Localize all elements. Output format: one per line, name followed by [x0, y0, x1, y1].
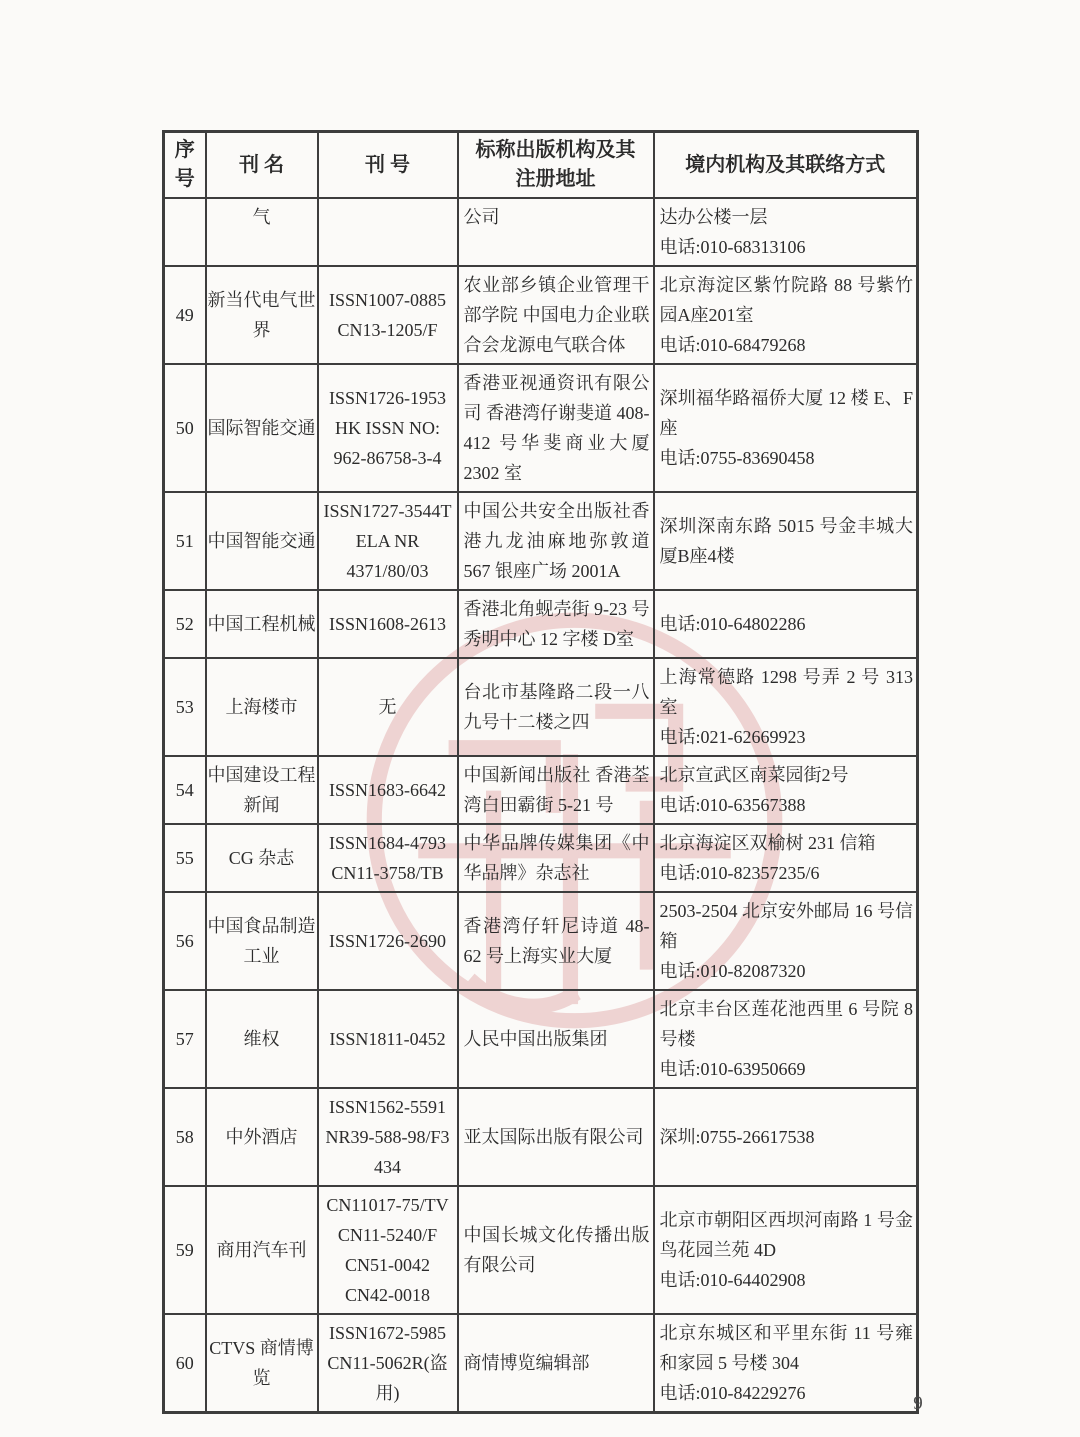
cell-serial-number: 50 — [164, 364, 206, 492]
page-number: 9 — [898, 1393, 938, 1415]
cell-issue-number: ISSN1726-1953 HK ISSN NO: 962-86758-3-4 — [318, 364, 458, 492]
cell-domestic-contact: 电话:010-64802286 — [654, 590, 918, 658]
cell-publication-name: 中外酒店 — [206, 1088, 318, 1186]
cell-domestic-contact: 北京丰台区莲花池西里 6 号院 8 号楼 电话:010-63950669 — [654, 990, 918, 1088]
cell-publication-name: 中国食品制造工业 — [206, 892, 318, 990]
cell-publication-name: 中国工程机械 — [206, 590, 318, 658]
table-row: 55 CG 杂志 ISSN1684-4793 CN11-3758/TB 中华品牌… — [164, 824, 918, 892]
cell-issue-number: ISSN1007-0885 CN13-1205/F — [318, 266, 458, 364]
cell-publisher-address: 中国公共安全出版社香港九龙油麻地弥敦道 567 银座广场 2001A — [458, 492, 654, 590]
cell-publication-name: 新当代电气世界 — [206, 266, 318, 364]
cell-issue-number — [318, 198, 458, 266]
cell-issue-number: CN11017-75/TV CN11-5240/F CN51-0042 CN42… — [318, 1186, 458, 1314]
table-row: 59 商用汽车刊 CN11017-75/TV CN11-5240/F CN51-… — [164, 1186, 918, 1314]
cell-publisher-address: 中国新闻出版社 香港荃湾白田霸街 5-21 号 — [458, 756, 654, 824]
table-row: 53 上海楼市 无 台北市基隆路二段一八九号十二楼之四 上海常德路 1298 号… — [164, 658, 918, 756]
cell-publisher-address: 亚太国际出版有限公司 — [458, 1088, 654, 1186]
cell-serial-number: 54 — [164, 756, 206, 824]
cell-serial-number: 57 — [164, 990, 206, 1088]
header-row: 序号 刊 名 刊 号 标称出版机构及其 注册地址 境内机构及其联络方式 — [164, 132, 918, 199]
cell-issue-number: ISSN1672-5985 CN11-5062R(盗用) — [318, 1314, 458, 1413]
cell-domestic-contact: 深圳:0755-26617538 — [654, 1088, 918, 1186]
cell-domestic-contact: 达办公楼一层 电话:010-68313106 — [654, 198, 918, 266]
cell-serial-number: 60 — [164, 1314, 206, 1413]
cell-domestic-contact: 深圳福华路福侨大厦 12 楼 E、F座 电话:0755-83690458 — [654, 364, 918, 492]
cell-serial-number: 55 — [164, 824, 206, 892]
table-header: 序号 刊 名 刊 号 标称出版机构及其 注册地址 境内机构及其联络方式 — [164, 132, 918, 199]
cell-domestic-contact: 北京海淀区双榆树 231 信箱 电话:010-82357235/6 — [654, 824, 918, 892]
cell-issue-number: ISSN1683-6642 — [318, 756, 458, 824]
cell-issue-number: ISSN1811-0452 — [318, 990, 458, 1088]
table-row: 54 中国建设工程新闻 ISSN1683-6642 中国新闻出版社 香港荃湾白田… — [164, 756, 918, 824]
cell-publisher-address: 香港北角蚬壳街 9-23 号秀明中心 12 字楼 D室 — [458, 590, 654, 658]
table-row: 57 维权 ISSN1811-0452 人民中国出版集团 北京丰台区莲花池西里 … — [164, 990, 918, 1088]
cell-publisher-address: 台北市基隆路二段一八九号十二楼之四 — [458, 658, 654, 756]
cell-serial-number: 52 — [164, 590, 206, 658]
cell-issue-number: ISSN1608-2613 — [318, 590, 458, 658]
cell-issue-number: ISSN1562-5591 NR39-588-98/F3 434 — [318, 1088, 458, 1186]
cell-publisher-address: 农业部乡镇企业管理干部学院 中国电力企业联合会龙源电气联合体 — [458, 266, 654, 364]
table-row: 52 中国工程机械 ISSN1608-2613 香港北角蚬壳街 9-23 号秀明… — [164, 590, 918, 658]
cell-publisher-address: 公司 — [458, 198, 654, 266]
cell-serial-number: 58 — [164, 1088, 206, 1186]
cell-domestic-contact: 上海常德路 1298 号弄 2 号 313室 电话:021-62669923 — [654, 658, 918, 756]
cell-publication-name: CG 杂志 — [206, 824, 318, 892]
cell-serial-number — [164, 198, 206, 266]
col-header-serial-number: 序号 — [164, 132, 206, 199]
cell-publisher-address: 香港湾仔轩尼诗道 48-62 号上海实业大厦 — [458, 892, 654, 990]
cell-publication-name: 气 — [206, 198, 318, 266]
table-row: 58 中外酒店 ISSN1562-5591 NR39-588-98/F3 434… — [164, 1088, 918, 1186]
cell-serial-number: 56 — [164, 892, 206, 990]
cell-domestic-contact: 2503-2504 北京安外邮局 16 号信箱 电话:010-82087320 — [654, 892, 918, 990]
table-row: 60 CTVS 商情博览 ISSN1672-5985 CN11-5062R(盗用… — [164, 1314, 918, 1413]
cell-publication-name: 商用汽车刊 — [206, 1186, 318, 1314]
cell-issue-number: 无 — [318, 658, 458, 756]
cell-publisher-address: 中国长城文化传播出版有限公司 — [458, 1186, 654, 1314]
cell-publisher-address: 香港亚视通资讯有限公司 香港湾仔谢斐道 408-412 号华斐商业大厦 2302… — [458, 364, 654, 492]
col-header-publisher-address: 标称出版机构及其 注册地址 — [458, 132, 654, 199]
cell-publication-name: 中国智能交通 — [206, 492, 318, 590]
cell-issue-number: ISSN1727-3544T ELA NR 4371/80/03 — [318, 492, 458, 590]
cell-issue-number: ISSN1684-4793 CN11-3758/TB — [318, 824, 458, 892]
table-body: 气 公司 达办公楼一层 电话:010-68313106 49 新当代电气世界 I… — [164, 198, 918, 1413]
cell-domestic-contact: 北京市朝阳区西坝河南路 1 号金鸟花园兰苑 4D 电话:010-64402908 — [654, 1186, 918, 1314]
cell-domestic-contact: 北京海淀区紫竹院路 88 号紫竹园A座201室 电话:010-68479268 — [654, 266, 918, 364]
table-row: 49 新当代电气世界 ISSN1007-0885 CN13-1205/F 农业部… — [164, 266, 918, 364]
cell-publisher-address: 人民中国出版集团 — [458, 990, 654, 1088]
cell-publication-name: 上海楼市 — [206, 658, 318, 756]
col-header-domestic-contact: 境内机构及其联络方式 — [654, 132, 918, 199]
cell-serial-number: 49 — [164, 266, 206, 364]
table-row: 气 公司 达办公楼一层 电话:010-68313106 — [164, 198, 918, 266]
cell-publication-name: 国际智能交通 — [206, 364, 318, 492]
cell-serial-number: 53 — [164, 658, 206, 756]
cell-domestic-contact: 北京宣武区南菜园街2号 电话:010-63567388 — [654, 756, 918, 824]
cell-publisher-address: 商情博览编辑部 — [458, 1314, 654, 1413]
table-row: 56 中国食品制造工业 ISSN1726-2690 香港湾仔轩尼诗道 48-62… — [164, 892, 918, 990]
col-header-issue-number: 刊 号 — [318, 132, 458, 199]
cell-publication-name: 中国建设工程新闻 — [206, 756, 318, 824]
cell-publication-name: 维权 — [206, 990, 318, 1088]
cell-serial-number: 59 — [164, 1186, 206, 1314]
cell-serial-number: 51 — [164, 492, 206, 590]
publications-table: 序号 刊 名 刊 号 标称出版机构及其 注册地址 境内机构及其联络方式 气 公司… — [162, 130, 919, 1414]
col-header-publication-name: 刊 名 — [206, 132, 318, 199]
cell-publisher-address: 中华品牌传媒集团《中华品牌》杂志社 — [458, 824, 654, 892]
table-row: 50 国际智能交通 ISSN1726-1953 HK ISSN NO: 962-… — [164, 364, 918, 492]
cell-issue-number: ISSN1726-2690 — [318, 892, 458, 990]
cell-publication-name: CTVS 商情博览 — [206, 1314, 318, 1413]
document-page: 序号 刊 名 刊 号 标称出版机构及其 注册地址 境内机构及其联络方式 气 公司… — [0, 0, 1080, 1437]
cell-domestic-contact: 北京东城区和平里东街 11 号雍和家园 5 号楼 304 电话:010-8422… — [654, 1314, 918, 1413]
table-row: 51 中国智能交通 ISSN1727-3544T ELA NR 4371/80/… — [164, 492, 918, 590]
cell-domestic-contact: 深圳深南东路 5015 号金丰城大厦B座4楼 — [654, 492, 918, 590]
